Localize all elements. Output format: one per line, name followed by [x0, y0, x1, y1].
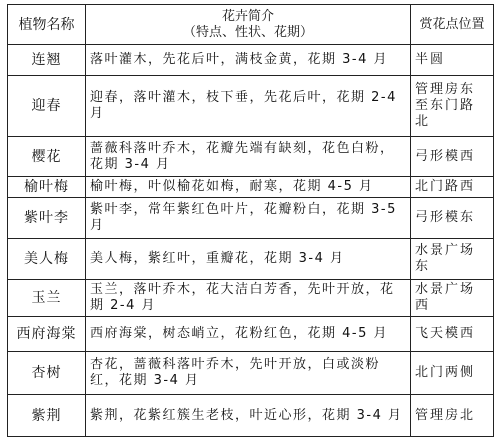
plant-location: 弓形模东	[411, 198, 494, 239]
plant-desc: 落叶灌木，先花后叶，满枝金黄，花期 3-4 月	[86, 45, 411, 76]
plant-location: 水景广场东	[411, 239, 494, 280]
plant-name: 西府海棠	[8, 317, 86, 352]
plant-name: 杏树	[8, 352, 86, 395]
plant-name: 美人梅	[8, 239, 86, 280]
header-intro: 花卉简介 （特点、性状、花期）	[86, 5, 411, 45]
plant-desc: 榆叶梅，叶似榆花如梅，耐寒，花期 4-5 月	[86, 177, 411, 198]
plant-location: 弓形模西	[411, 137, 494, 177]
flower-table: 植物名称 花卉简介 （特点、性状、花期） 赏花点位置 连翘 落叶灌木，先花后叶，…	[7, 4, 494, 437]
plant-name: 玉兰	[8, 280, 86, 317]
plant-location: 北门路西	[411, 177, 494, 198]
plant-desc: 迎春，落叶灌木，枝下垂，先花后叶，花期 2-4 月	[86, 76, 411, 137]
header-intro-title: 花卉简介	[90, 9, 406, 25]
table-row: 榆叶梅 榆叶梅，叶似榆花如梅，耐寒，花期 4-5 月 北门路西	[8, 177, 494, 198]
plant-desc: 蔷薇科落叶乔木，花瓣先端有缺刻，花色白粉，花期 3-4 月	[86, 137, 411, 177]
plant-location: 管理房北	[411, 395, 494, 437]
plant-desc: 西府海棠，树态峭立，花粉红色，花期 4-5 月	[86, 317, 411, 352]
plant-name: 樱花	[8, 137, 86, 177]
header-row: 植物名称 花卉简介 （特点、性状、花期） 赏花点位置	[8, 5, 494, 45]
plant-name: 迎春	[8, 76, 86, 137]
header-location: 赏花点位置	[411, 5, 494, 45]
table-row: 樱花 蔷薇科落叶乔木，花瓣先端有缺刻，花色白粉，花期 3-4 月 弓形模西	[8, 137, 494, 177]
table-row: 紫荆 紫荆，花紫红簇生老枝，叶近心形，花期 3-4 月 管理房北	[8, 395, 494, 437]
table-row: 迎春 迎春，落叶灌木，枝下垂，先花后叶，花期 2-4 月 管理房东至东门路北	[8, 76, 494, 137]
table-row: 连翘 落叶灌木，先花后叶，满枝金黄，花期 3-4 月 半圆	[8, 45, 494, 76]
plant-name: 紫荆	[8, 395, 86, 437]
plant-name: 榆叶梅	[8, 177, 86, 198]
table-row: 紫叶李 紫叶李，常年紫红色叶片，花瓣粉白，花期 3-5 月 弓形模东	[8, 198, 494, 239]
plant-name: 紫叶李	[8, 198, 86, 239]
plant-location: 半圆	[411, 45, 494, 76]
plant-name: 连翘	[8, 45, 86, 76]
table-row: 美人梅 美人梅，紫红叶，重瓣花，花期 3-4 月 水景广场东	[8, 239, 494, 280]
table-row: 杏树 杏花，蔷薇科落叶乔木，先叶开放，白或淡粉红，花期 3-4 月 北门两侧	[8, 352, 494, 395]
plant-location: 飞天模西	[411, 317, 494, 352]
plant-desc: 杏花，蔷薇科落叶乔木，先叶开放，白或淡粉红，花期 3-4 月	[86, 352, 411, 395]
plant-desc: 玉兰，落叶乔木，花大洁白芳香，先叶开放，花期 2-4 月	[86, 280, 411, 317]
plant-desc: 紫叶李，常年紫红色叶片，花瓣粉白，花期 3-5 月	[86, 198, 411, 239]
table-row: 西府海棠 西府海棠，树态峭立，花粉红色，花期 4-5 月 飞天模西	[8, 317, 494, 352]
table-row: 玉兰 玉兰，落叶乔木，花大洁白芳香，先叶开放，花期 2-4 月 水景广场西	[8, 280, 494, 317]
header-intro-subtitle: （特点、性状、花期）	[90, 25, 406, 41]
header-plant-name: 植物名称	[8, 5, 86, 45]
plant-location: 北门两侧	[411, 352, 494, 395]
plant-location: 管理房东至东门路北	[411, 76, 494, 137]
plant-desc: 紫荆，花紫红簇生老枝，叶近心形，花期 3-4 月	[86, 395, 411, 437]
plant-desc: 美人梅，紫红叶，重瓣花，花期 3-4 月	[86, 239, 411, 280]
plant-location: 水景广场西	[411, 280, 494, 317]
